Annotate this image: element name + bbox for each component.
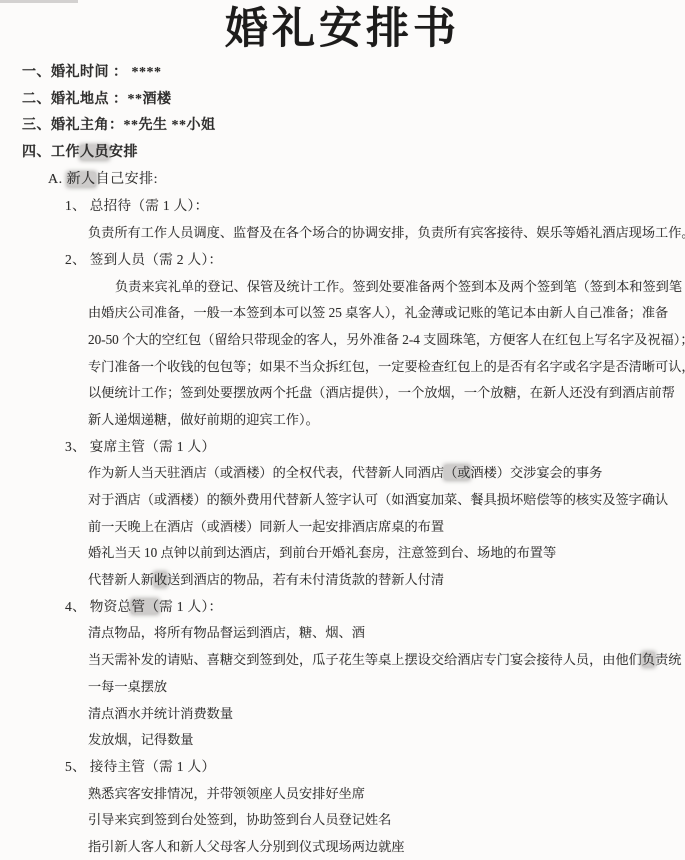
doc-paragraph-line: 由婚庆公司准备，一般一本签到本可以签 25 桌客人），礼金薄或记账的笔记本由新人… bbox=[88, 300, 685, 327]
line-text: 四、工作 bbox=[22, 145, 80, 160]
doc-paragraph-line: 代替新人新收送到酒店的物品，若有未付清货款的替新人付清 bbox=[88, 567, 685, 594]
line-item3-banquet-supervisor: 3、 宴席主管（需 1 人） bbox=[65, 434, 685, 461]
line-text: 代替新人新 bbox=[88, 572, 154, 587]
line-text: 酒楼）交涉宴会的事务 bbox=[470, 465, 602, 480]
doc-paragraph-line: 婚礼当天 10 点钟以前到达酒店，到前台开婚礼套房，注意签到台、场地的布置等 bbox=[88, 540, 685, 567]
doc-paragraph-line: 新人递烟递糖，做好前期的迎宾工作）。 bbox=[88, 407, 685, 434]
doc-paragraph-line: 引导来宾到签到台处签到，协助签到台人员登记姓名 bbox=[88, 807, 685, 834]
line-text: 当天需补发的请贴、喜糖交到签到处，瓜子花生等桌上摆设交给酒店专门宴会接待人员，由… bbox=[88, 652, 642, 667]
line-couple-self-arrange: A. 新人自己安排: bbox=[48, 167, 685, 194]
line-text: 作为新人当天驻酒店（或酒楼）的全权代表，代替新人同酒店 bbox=[88, 465, 444, 480]
line-wedding-time: 一、婚礼时间 ： **** bbox=[22, 60, 685, 87]
page-title: 婚礼安排书 bbox=[0, 0, 685, 57]
doc-paragraph-line: 专门准备一个收钱的包包等；如果不当众拆红包，一定要检查红包上的是否有名字或名字是… bbox=[88, 354, 685, 381]
doc-paragraph-line: 当天需补发的请贴、喜糖交到签到处，瓜子花生等桌上摆设交给酒店专门宴会接待人员，由… bbox=[88, 647, 685, 674]
line-wedding-venue: 二、婚礼地点 ：**酒楼 bbox=[22, 87, 685, 114]
line-text: 责统 bbox=[655, 652, 681, 667]
redaction-smudge: 管（ bbox=[131, 599, 159, 614]
redaction-smudge: 新人 bbox=[67, 172, 96, 187]
line-text: 送到酒店的物品，若有未付清货款的替新人付清 bbox=[167, 572, 444, 587]
line-item4-supplies-manager: 4、 物资总管（需 1 人）： bbox=[65, 594, 685, 621]
line-text: A. bbox=[48, 172, 67, 187]
line-text: 需 1 人）： bbox=[159, 599, 222, 614]
line-item5-reception-supervisor: 5、 接待主管（需 1 人） bbox=[65, 754, 685, 781]
doc-paragraph-line: 20-50 个大的空红包（留给只带现金的客人，另外准备 2-4 支圆珠笔，方便客… bbox=[88, 327, 685, 354]
doc-paragraph-line: 指引新人客人和新人父母客人分别到仪式现场两边就座 bbox=[88, 834, 685, 860]
doc-paragraph-line: 作为新人当天驻酒店（或酒楼）的全权代表，代替新人同酒店（或酒楼）交涉宴会的事务 bbox=[88, 460, 685, 487]
document-body: 一、婚礼时间 ： **** 二、婚礼地点 ：**酒楼 三、婚礼主角：**先生 *… bbox=[0, 60, 685, 860]
doc-paragraph-line: 前一天晚上在酒店（或酒楼）同新人一起安排酒店席桌的布置 bbox=[88, 514, 685, 541]
doc-paragraph-line: 清点物品，将所有物品督运到酒店，糖、烟、酒 bbox=[88, 620, 685, 647]
line-text: 4、 物资总 bbox=[65, 599, 131, 614]
line-item1-general-reception: 1、 总招待（需 1 人）： bbox=[65, 193, 685, 220]
line-text: 安排 bbox=[109, 145, 138, 160]
redaction-smudge: （或 bbox=[444, 465, 470, 480]
doc-paragraph-line: 负责来宾礼单的登记、保管及统计工作。签到处要准备两个签到本及两个签到笔（签到本和… bbox=[115, 274, 685, 301]
redaction-smudge: 人员 bbox=[80, 145, 109, 160]
doc-paragraph-line: 熟悉宾客安排情况，并带领领座人员安排好坐席 bbox=[88, 781, 685, 808]
line-staff-arrangement: 四、工作人员安排 bbox=[22, 140, 685, 167]
line-item2-signin-staff: 2、 签到人员（需 2 人）： bbox=[65, 247, 685, 274]
doc-paragraph-line: 发放烟，记得数量 bbox=[88, 727, 685, 754]
doc-paragraph-line: 对于酒店（或酒楼）的额外费用代替新人签字认可（如酒宴加菜、餐具损坏赔偿等的核实及… bbox=[88, 487, 685, 514]
doc-paragraph-line: 负责所有工作人员调度、监督及在各个场合的协调安排，负责所有宾客接待、娱乐等婚礼酒… bbox=[88, 220, 685, 247]
scanned-document-page: 婚礼安排书 一、婚礼时间 ： **** 二、婚礼地点 ：**酒楼 三、婚礼主角：… bbox=[0, 0, 685, 860]
doc-paragraph-line: 清点酒水并统计消费数量 bbox=[88, 701, 685, 728]
line-wedding-couple: 三、婚礼主角：**先生 **小姐 bbox=[22, 113, 685, 140]
line-text: 自己安排: bbox=[96, 172, 158, 187]
scan-edge-artifact bbox=[0, 0, 78, 3]
redaction-smudge: 负 bbox=[642, 652, 655, 667]
doc-paragraph-line: 以便统计工作；签到处要摆放两个托盘（酒店提供），一个放烟，一个放糖，在新人还没有… bbox=[88, 380, 685, 407]
redaction-smudge: 收 bbox=[154, 572, 167, 587]
doc-paragraph-line: 一每一桌摆放 bbox=[88, 674, 685, 701]
